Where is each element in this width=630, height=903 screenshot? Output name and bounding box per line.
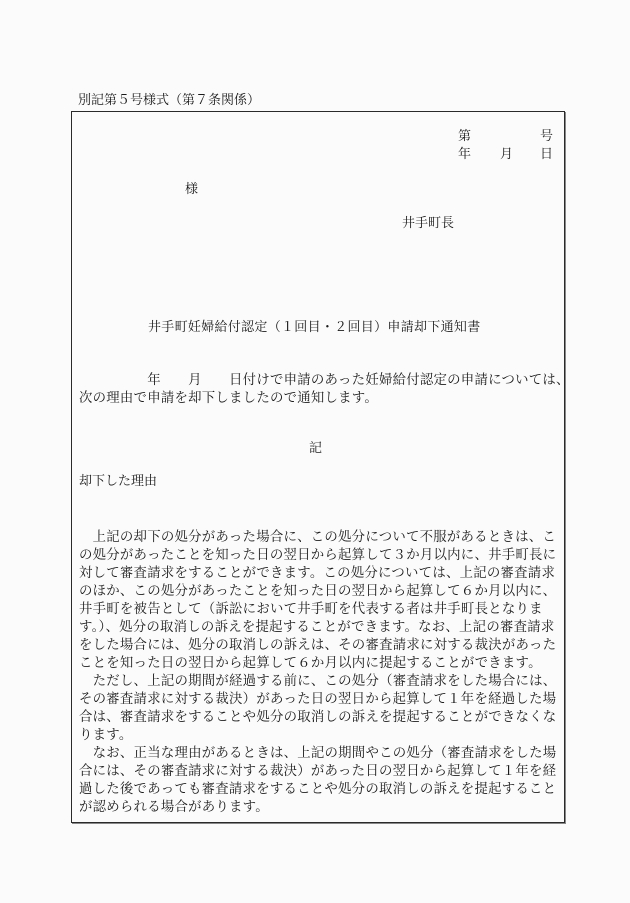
ki-heading: 記 bbox=[309, 442, 322, 455]
notice-line: 合には、その審査請求に対する裁決）があった日の翌日から起算して１年を経 bbox=[79, 763, 561, 781]
document-number-prefix: 第 bbox=[458, 130, 471, 143]
date-day-label: 日 bbox=[540, 148, 553, 161]
recipient-honorific: 様 bbox=[185, 183, 198, 196]
notice-line: が認められる場合があります。 bbox=[79, 799, 561, 817]
issuer-name: 井手町長 bbox=[402, 217, 454, 230]
notice-line: その審査請求に対する裁決）があった日の翌日から起算して１年を経過した場 bbox=[79, 691, 561, 709]
date-year-label: 年 bbox=[458, 148, 471, 161]
notice-line: 合は、審査請求をすることや処分の取消しの訴えを提起することができなくな bbox=[79, 709, 561, 727]
rejection-reason-label: 却下した理由 bbox=[79, 475, 157, 488]
notice-line: 対して審査請求をすることができます。この処分については、上記の審査請求 bbox=[79, 565, 561, 583]
date-month-label: 月 bbox=[500, 148, 513, 161]
intro-line-2: 次の理由で申請を却下しましたので通知します。 bbox=[79, 390, 561, 408]
notice-line: 井手町を被告として（訴訟において井手町を代表する者は井手町長となりま bbox=[79, 601, 561, 619]
notice-line: ことを知った日の翌日から起算して６か月以内に提起することができます。 bbox=[79, 655, 561, 673]
notice-line: 上記の却下の処分があった場合に、この処分について不服があるときは、こ bbox=[79, 529, 561, 547]
form-label: 別記第５号様式（第７条関係） bbox=[78, 94, 260, 107]
notice-line: の処分があったことを知った日の翌日から起算して３か月以内に、井手町長に bbox=[79, 547, 561, 565]
intro-line-1: 年 月 日付けで申請のあった妊婦給付認定の申請については、 bbox=[79, 372, 561, 390]
notice-line: のほか、この処分があったことを知った日の翌日から起算して６か月以内に、 bbox=[79, 583, 561, 601]
notice-line: ただし、上記の期間が経過する前に、この処分（審査請求をした場合には、 bbox=[79, 673, 561, 691]
document-title: 井手町妊婦給付認定（１回目・２回目）申請却下通知書 bbox=[148, 321, 481, 334]
notice-line: す。）、処分の取消しの訴えを提起することができます。なお、上記の審査請求 bbox=[79, 619, 561, 637]
appeal-notice-paragraph: 上記の却下の処分があった場合に、この処分について不服があるときは、こ の処分があ… bbox=[79, 529, 561, 817]
notice-line: 過した後であっても審査請求をすることや処分の取消しの訴えを提起すること bbox=[79, 781, 561, 799]
intro-paragraph: 年 月 日付けで申請のあった妊婦給付認定の申請については、 次の理由で申請を却下… bbox=[79, 372, 561, 408]
notice-line: なお、正当な理由があるときは、上記の期間やこの処分（審査請求をした場 bbox=[79, 745, 561, 763]
notice-line: ります。 bbox=[79, 727, 561, 745]
notice-line: をした場合には、処分の取消しの訴えは、その審査請求に対する裁決があった bbox=[79, 637, 561, 655]
document-number-suffix: 号 bbox=[540, 130, 553, 143]
